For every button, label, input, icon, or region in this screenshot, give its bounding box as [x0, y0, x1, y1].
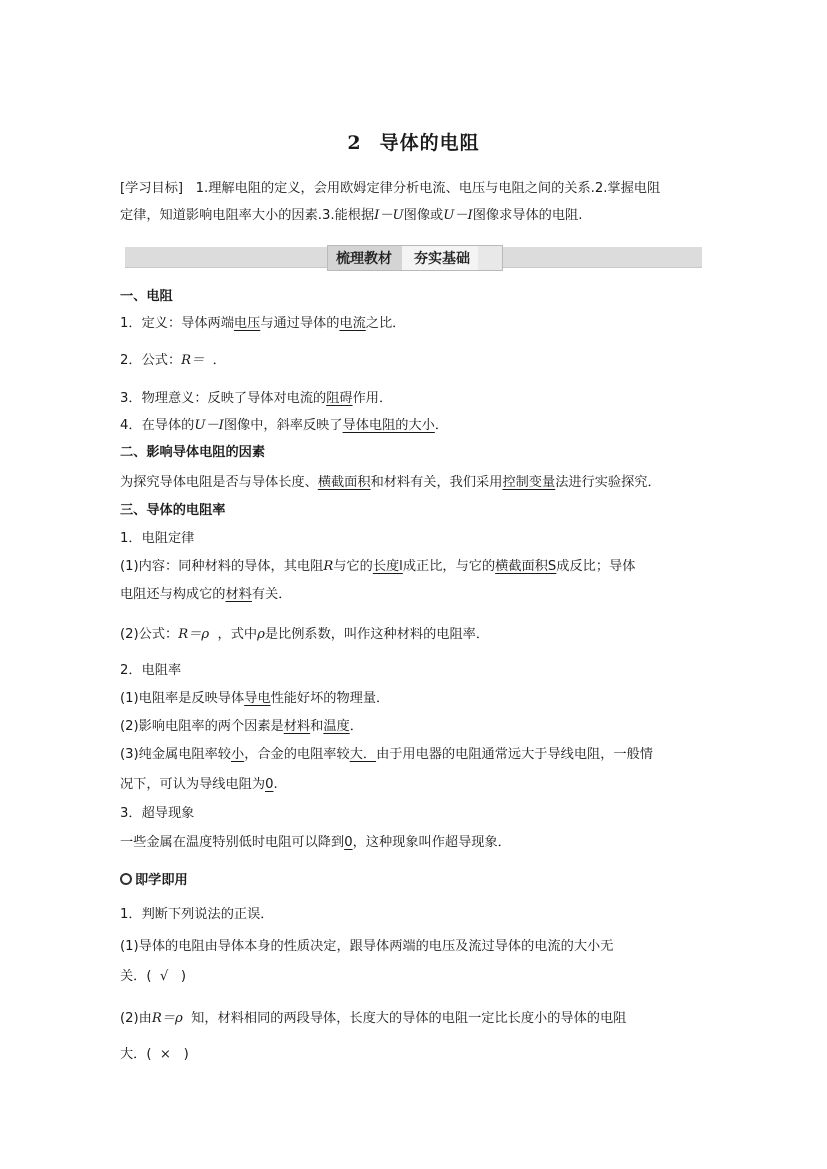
text: ，合金的电阻率较: [244, 747, 350, 762]
objectives-line-1: [学习目标] 1.理解电阻的定义，会用欧姆定律分析电流、电压与电阻之间的关系.2…: [120, 180, 660, 198]
text: (2)影响电阻率的两个因素是: [120, 719, 284, 734]
s3-sub3-heading: 3．超导现象: [120, 805, 194, 823]
text: 关．(: [120, 969, 152, 984]
blank-answer: 控制变量: [502, 475, 555, 490]
text: 法进行实验探究．: [555, 475, 661, 490]
rho-var: ρ: [257, 627, 265, 642]
u-i-var: U－I: [194, 418, 224, 433]
s3-sub1-content-2: 电阻还与构成它的材料有关．: [120, 586, 291, 604]
text: 1．定义：导体两端: [120, 316, 234, 331]
blank-answer: 横截面积S: [495, 559, 556, 574]
text: ): [181, 969, 186, 984]
text: .: [273, 777, 277, 792]
text: ．: [213, 353, 226, 368]
i-u-var: I－U: [374, 208, 404, 223]
objectives-line-2: 定律，知道影响电阻率大小的因素.3.能根据I－U图像或U－I图像求导体的电阻.: [120, 207, 582, 225]
text: 之比．: [366, 316, 406, 331]
text: 2．公式：: [120, 353, 181, 368]
practice-s2-line2: 大．( × ): [120, 1046, 189, 1064]
text: 况下，可认为导线电阻为: [120, 777, 265, 792]
s3-sub1-heading: 1．电阻定律: [120, 530, 194, 548]
practice-s1-line2: 关．( √ ): [120, 968, 186, 986]
text: 4．在导体的: [120, 418, 194, 433]
text: (3)纯金属电阻率较: [120, 747, 231, 762]
text: 性能好坏的物理量．: [271, 691, 390, 706]
objectives-text-2a: 定律，知道影响电阻率大小的因素.3.能根据: [120, 208, 374, 223]
text: 由于用电器的电阻通常远大于导线电阻，一般情: [376, 747, 653, 762]
text: ，式中: [218, 627, 258, 642]
section-banner: 梳理教材夯实基础: [327, 245, 503, 271]
blank-answer: 小: [231, 747, 244, 762]
s1-item-3: 3．物理意义：反映了导体对电流的阻碍作用．: [120, 390, 392, 408]
circle-bullet-icon: [120, 873, 132, 885]
blank-answer: 材料: [226, 587, 252, 602]
section-number: 2: [347, 132, 361, 154]
practice-q1: 1．判断下列说法的正误．: [120, 906, 273, 924]
formula: R＝ρ: [178, 627, 209, 642]
practice-s2-line1: (2)由R＝ρ 知，材料相同的两段导体，长度大的导体的电阻一定比长度小的导体的电…: [120, 1010, 626, 1028]
text: 作用．: [353, 391, 393, 406]
text: 有关．: [252, 587, 292, 602]
blank-answer: 阻碍: [326, 391, 352, 406]
practice-heading: 即学即用: [120, 872, 188, 890]
text: ．: [435, 418, 448, 433]
section-1-heading: 一、电阻: [120, 288, 173, 306]
u-i-var: U－I: [443, 208, 473, 223]
text: ，这种现象叫作超导现象．: [353, 835, 511, 850]
text: 成正比，与它的: [403, 559, 495, 574]
formula: R＝: [181, 353, 204, 368]
s3-sub3-text: 一些金属在温度特别低时电阻可以降到0，这种现象叫作超导现象．: [120, 834, 511, 852]
s3-sub2-p1: (1)电阻率是反映导体导电性能好坏的物理量．: [120, 690, 389, 708]
objectives-text-1: 1.理解电阻的定义，会用欧姆定律分析电流、电压与电阻之间的关系.2.掌握电阻: [196, 181, 661, 196]
blank-answer: 导体电阻的大小: [343, 418, 435, 433]
text: 3．物理意义：反映了导体对电流的: [120, 391, 326, 406]
formula: R＝ρ: [152, 1011, 183, 1026]
s1-item-1: 1．定义：导体两端电压与通过导体的电流之比．: [120, 315, 405, 333]
text: ): [184, 1047, 189, 1062]
cross-mark-icon: ×: [160, 1047, 171, 1062]
document-page: 2导体的电阻 [学习目标] 1.理解电阻的定义，会用欧姆定律分析电流、电压与电阻…: [0, 0, 827, 1169]
s2-text: 为探究导体电阻是否与导体长度、横截面积和材料有关，我们采用控制变量法进行实验探究…: [120, 474, 661, 492]
objectives-text-2c: 图像求导体的电阻.: [473, 208, 583, 223]
s3-sub2-p3-line2: 况下，可认为导线电阻为0.: [120, 776, 278, 794]
text: (1)电阻率是反映导体: [120, 691, 244, 706]
blank-answer: 大．: [350, 747, 376, 762]
page-title: 2导体的电阻: [0, 128, 827, 155]
check-mark-icon: √: [160, 969, 168, 984]
s3-sub1-formula: (2)公式：R＝ρ ，式中ρ是比例系数，叫作这种材料的电阻率．: [120, 626, 489, 644]
blank-answer: 横截面积: [318, 475, 371, 490]
s3-sub2-heading: 2．电阻率: [120, 662, 181, 680]
text: 是比例系数，叫作这种材料的电阻率．: [265, 627, 489, 642]
text: ．: [350, 719, 363, 734]
blank-answer: 长度l: [373, 559, 403, 574]
banner-right-label: 夯实基础: [402, 246, 478, 270]
text: (2)由: [120, 1011, 152, 1026]
text: 和材料有关，我们采用: [371, 475, 503, 490]
objectives-label: [学习目标]: [120, 181, 183, 196]
blank-answer: 材料: [284, 719, 310, 734]
text: 与它的: [333, 559, 373, 574]
text: 电阻还与构成它的: [120, 587, 226, 602]
practice-s1-line1: (1)导体的电阻由导体本身的性质决定，跟导体两端的电压及流过导体的电流的大小无: [120, 938, 613, 956]
s3-sub1-content-1: (1)内容：同种材料的导体，其电阻R与它的长度l成正比，与它的横截面积S成反比；…: [120, 558, 635, 576]
blank-answer: 导电: [244, 691, 270, 706]
title-text: 导体的电阻: [380, 132, 480, 154]
text: 大．(: [120, 1047, 152, 1062]
section-3-heading: 三、导体的电阻率: [120, 502, 226, 520]
objectives-text-2b: 图像或: [404, 208, 444, 223]
text: 和: [310, 719, 323, 734]
s3-sub2-p3-line1: (3)纯金属电阻率较小，合金的电阻率较大．由于用电器的电阻通常远大于导线电阻，一…: [120, 746, 653, 764]
practice-heading-text: 即学即用: [135, 873, 188, 888]
text: 与通过导体的: [260, 316, 339, 331]
text: 为探究导体电阻是否与导体长度、: [120, 475, 318, 490]
text: (2)公式：: [120, 627, 178, 642]
s1-item-2: 2．公式：R＝ ．: [120, 352, 226, 370]
text: 知，材料相同的两段导体，长度大的导体的电阻一定比长度小的导体的电阻: [191, 1011, 626, 1026]
blank-answer: 电压: [234, 316, 260, 331]
r-var: R: [323, 559, 333, 574]
section-2-heading: 二、影响导体电阻的因素: [120, 444, 265, 462]
text: 图像中，斜率反映了: [224, 418, 343, 433]
text: (1)内容：同种材料的导体，其电阻: [120, 559, 323, 574]
blank-answer: 温度: [323, 719, 349, 734]
blank-answer: 0: [344, 835, 352, 850]
s3-sub2-p2: (2)影响电阻率的两个因素是材料和温度．: [120, 718, 363, 736]
text: 一些金属在温度特别低时电阻可以降到: [120, 835, 344, 850]
banner-left-label: 梳理教材: [328, 246, 402, 270]
blank-answer: 电流: [339, 316, 365, 331]
text: 成反比；导体: [556, 559, 635, 574]
s1-item-4: 4．在导体的U－I图像中，斜率反映了导体电阻的大小．: [120, 417, 448, 435]
